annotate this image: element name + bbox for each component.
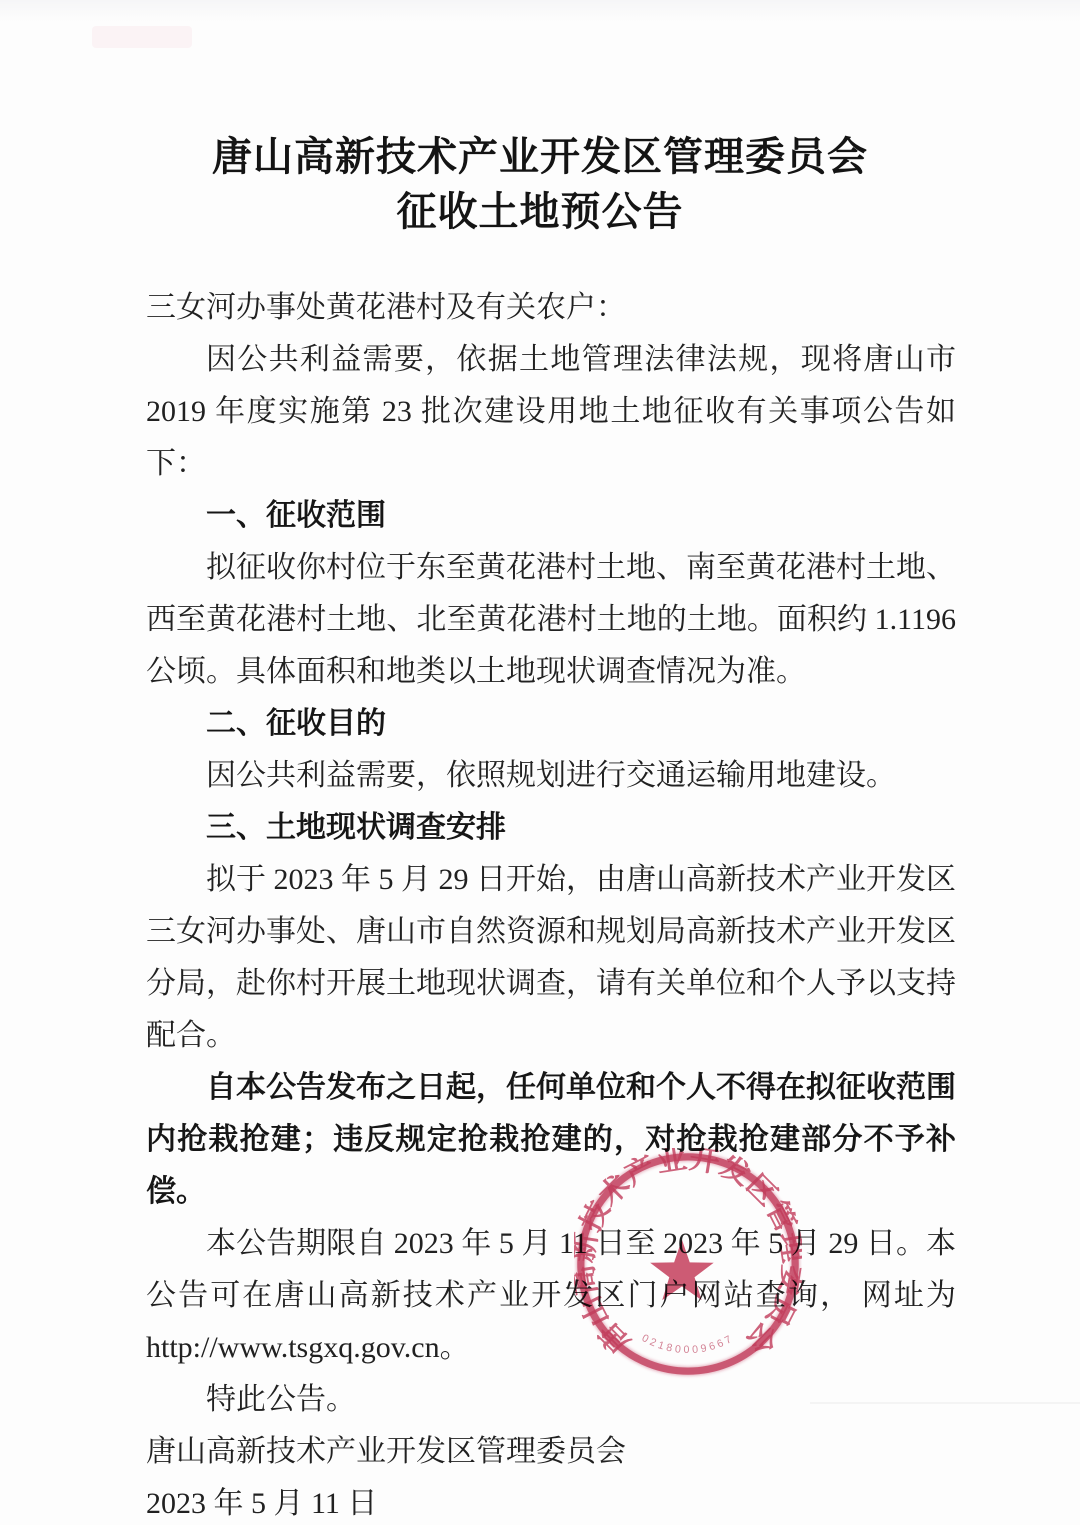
scan-smudge	[92, 26, 192, 48]
section-2-heading: 二、征收目的	[146, 698, 956, 750]
issuer-signature: 唐山高新技术产业开发区管理委员会	[146, 1426, 956, 1478]
section-1-body: 拟征收你村位于东至黄花港村土地、南至黄花港村土地、西至黄花港村土地、北至黄花港村…	[146, 542, 956, 698]
warning-paragraph: 自本公告发布之日起，任何单位和个人不得在拟征收范围内抢栽抢建；违反规定抢栽抢建的…	[146, 1062, 956, 1218]
validity-paragraph: 本公告期限自 2023 年 5 月 11 日至 2023 年 5 月 29 日。…	[146, 1218, 956, 1374]
title-line-2: 征收土地预公告	[0, 185, 1080, 240]
closing-phrase: 特此公告。	[146, 1374, 956, 1426]
section-3-body: 拟于 2023 年 5 月 29 日开始，由唐山高新技术产业开发区三女河办事处、…	[146, 854, 956, 1062]
scan-artifact-line	[810, 1402, 1080, 1404]
section-1-heading: 一、征收范围	[146, 490, 956, 542]
intro-paragraph: 因公共利益需要，依据土地管理法律法规，现将唐山市 2019 年度实施第 23 批…	[146, 334, 956, 490]
document-page: 唐山高新技术产业开发区管理委员会 征收土地预公告 三女河办事处黄花港村及有关农户…	[0, 0, 1080, 1525]
section-3-heading: 三、土地现状调查安排	[146, 802, 956, 854]
issue-date: 2023 年 5 月 11 日	[146, 1478, 956, 1525]
document-body: 三女河办事处黄花港村及有关农户： 因公共利益需要，依据土地管理法律法规，现将唐山…	[0, 282, 1080, 1525]
section-2-body: 因公共利益需要，依照规划进行交通运输用地建设。	[146, 750, 956, 802]
title-line-1: 唐山高新技术产业开发区管理委员会	[0, 130, 1080, 185]
salutation: 三女河办事处黄花港村及有关农户：	[146, 282, 956, 334]
